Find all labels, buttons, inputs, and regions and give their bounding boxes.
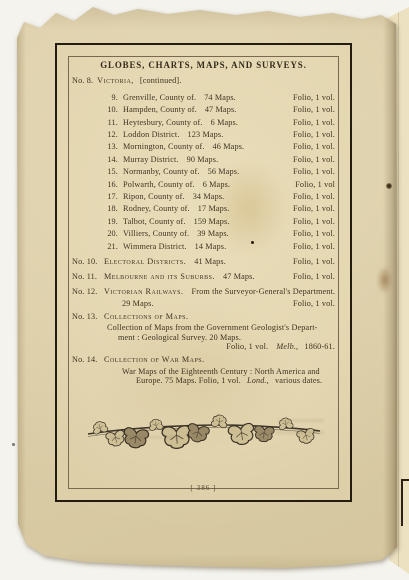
entry-no10: No. 10. Electoral Districts. 41 Maps. Fo… bbox=[72, 256, 335, 268]
entry-title: Melbourne and its Suburbs. bbox=[104, 271, 215, 283]
item-maps: 34 Maps. bbox=[193, 191, 225, 203]
item-name: Loddon District. bbox=[123, 129, 180, 141]
item-maps: 6 Maps. bbox=[203, 179, 230, 191]
item-number: 16. bbox=[96, 179, 118, 191]
ivy-branch-svg bbox=[85, 410, 323, 458]
item-number: 13. bbox=[96, 141, 118, 153]
item-maps: 56 Maps. bbox=[208, 166, 240, 178]
entry-no12-line2: 29 Maps. Folio, 1 vol. bbox=[72, 298, 335, 308]
imprint-date: various dates. bbox=[275, 376, 322, 385]
table-row: 10. Hampden, County of. 47 Maps. Folio, … bbox=[72, 104, 335, 116]
table-row: 19. Talbot, County of. 159 Maps. Folio, … bbox=[72, 216, 335, 228]
page-wrapper: GLOBES, CHARTS, MAPS, AND SURVEYS. No. 8… bbox=[0, 0, 409, 580]
item-name: Talbot, County of. bbox=[123, 216, 186, 228]
item-maps: 47 Maps. bbox=[205, 104, 237, 116]
item-number: 18. bbox=[96, 203, 118, 215]
page-number: [ 386 ] bbox=[57, 484, 350, 492]
entry-title: Collection of War Maps. bbox=[104, 354, 205, 366]
item-folio: Folio, 1 vol. bbox=[293, 154, 335, 166]
item-number: 15. bbox=[96, 166, 118, 178]
entry-label: No. 11. bbox=[72, 271, 102, 283]
item-maps: 74 Maps. bbox=[204, 92, 236, 104]
table-row: 17. Ripon, County of. 34 Maps. Folio, 1 … bbox=[72, 191, 335, 203]
ivy-branch-illustration bbox=[72, 410, 335, 462]
item-number: 17. bbox=[96, 191, 118, 203]
entry-no13-text-line1: Collection of Maps from the Government G… bbox=[72, 323, 335, 332]
item-name: Normanby, County of. bbox=[123, 166, 200, 178]
entry-label: No. 14. bbox=[72, 354, 102, 366]
table-row: 15. Normanby, County of. 56 Maps. Folio,… bbox=[72, 166, 335, 178]
entry-maps: 29 Maps. bbox=[122, 298, 154, 310]
table-row: 18. Rodney, County of. 17 Maps. Folio, 1… bbox=[72, 203, 335, 215]
paper-sheet: GLOBES, CHARTS, MAPS, AND SURVEYS. No. 8… bbox=[0, 0, 409, 580]
item-number: 12. bbox=[96, 129, 118, 141]
item-maps: 90 Maps. bbox=[187, 154, 219, 166]
item-folio: Folio, 1 vol. bbox=[293, 104, 335, 116]
item-number: 10. bbox=[96, 104, 118, 116]
page-content: GLOBES, CHARTS, MAPS, AND SURVEYS. No. 8… bbox=[58, 46, 349, 499]
table-row: 13. Mornington, County of. 46 Maps. Foli… bbox=[72, 141, 335, 153]
item-name: Murray District. bbox=[123, 154, 179, 166]
bottom-edge-shading bbox=[0, 554, 409, 572]
entry-folio: Folio, 1 vol. bbox=[293, 256, 335, 268]
entry-title: Victorian Railways. bbox=[104, 286, 184, 298]
item-maps: 14 Maps. bbox=[195, 241, 227, 253]
entry-source: From the Surveyor-General's Department. bbox=[192, 286, 336, 298]
table-row: 14. Murray District. 90 Maps. Folio, 1 v… bbox=[72, 154, 335, 166]
item-number: 20. bbox=[96, 228, 118, 240]
item-maps: 123 Maps. bbox=[188, 129, 224, 141]
entry-label: No. 10. bbox=[72, 256, 102, 268]
entry-no13-text-line2: ment : Geological Survey. 20 Maps. bbox=[72, 333, 335, 342]
entry-maps: 41 Maps. bbox=[194, 256, 226, 268]
item-number: 9. bbox=[96, 92, 118, 104]
imprint-folio: Folio, 1 vol. bbox=[226, 342, 268, 351]
item-folio: Folio, 1 vol. bbox=[293, 228, 335, 240]
entry-title: Electoral Districts. bbox=[104, 256, 186, 268]
torn-top-edge-shading bbox=[0, 4, 409, 30]
item-name: Rodney, County of. bbox=[123, 203, 190, 215]
item-folio: Folio, 1 vol. bbox=[293, 241, 335, 253]
item-name: Heytesbury, County of. bbox=[123, 117, 203, 129]
entry-note: [continued]. bbox=[140, 75, 182, 87]
table-row: 12. Loddon District. 123 Maps. Folio, 1 … bbox=[72, 129, 335, 141]
item-folio: Folio, 1 vol. bbox=[293, 129, 335, 141]
item-maps: 46 Maps. bbox=[213, 141, 245, 153]
item-name: Polwarth, County of. bbox=[123, 179, 195, 191]
entry-label: No. 12. bbox=[72, 286, 102, 298]
entry-no11: No. 11. Melbourne and its Suburbs. 47 Ma… bbox=[72, 271, 335, 283]
item-maps: 6 Maps. bbox=[211, 117, 238, 129]
item-name: Hampden, County of. bbox=[123, 104, 197, 116]
table-row: 16. Polwarth, County of. 6 Maps. Folio, … bbox=[72, 179, 335, 191]
item-folio: Folio, 1 vol. bbox=[293, 203, 335, 215]
item-name: Villiers, County of. bbox=[123, 228, 189, 240]
item-name: Grenville, County of. bbox=[123, 92, 196, 104]
entry-no14: No. 14. Collection of War Maps. bbox=[72, 354, 335, 366]
entry-label: No. 8. bbox=[72, 75, 93, 87]
entry-folio: Folio, 1 vol. bbox=[293, 298, 335, 310]
item-folio: Folio, 1 vol. bbox=[293, 141, 335, 153]
item-folio: Folio, 1 vol bbox=[295, 179, 335, 191]
item-maps: 159 Maps. bbox=[194, 216, 230, 228]
table-row: 20. Villiers, County of. 39 Maps. Folio,… bbox=[72, 228, 335, 240]
gutter-crease-shading bbox=[383, 0, 397, 580]
item-folio: Folio, 1 vol. bbox=[293, 166, 335, 178]
entry-maps: 47 Maps. bbox=[223, 271, 255, 283]
entry-title: Victoria, bbox=[97, 75, 134, 87]
entry-no12: No. 12. Victorian Railways. From the Sur… bbox=[72, 286, 335, 298]
entry-no14-text-line2: Europe. 75 Maps. Folio, 1 vol. Lond., va… bbox=[72, 376, 335, 385]
left-edge-shading bbox=[16, 0, 26, 580]
item-maps: 39 Maps. bbox=[197, 228, 229, 240]
imprint-place: Melb., bbox=[276, 342, 298, 351]
entry-title: Collections of Maps. bbox=[104, 311, 189, 323]
item-list: 9. Grenville, County of. 74 Maps. Folio,… bbox=[72, 92, 335, 253]
entry-no14-text-line1: War Maps of the Eighteenth Century : Nor… bbox=[72, 367, 335, 376]
table-row: 11. Heytesbury, County of. 6 Maps. Folio… bbox=[72, 117, 335, 129]
scanned-book-page: GLOBES, CHARTS, MAPS, AND SURVEYS. No. 8… bbox=[0, 0, 409, 580]
printed-frame: GLOBES, CHARTS, MAPS, AND SURVEYS. No. 8… bbox=[55, 43, 352, 502]
item-name: Wimmera District. bbox=[123, 241, 187, 253]
entry-no13-imprint: Folio, 1 vol. Melb., 1860-61. bbox=[72, 342, 335, 351]
item-name: Ripon, County of. bbox=[123, 191, 185, 203]
entry-text: Europe. 75 Maps. Folio, 1 vol. bbox=[136, 376, 241, 385]
item-folio: Folio, 1 vol. bbox=[293, 92, 335, 104]
section-header: GLOBES, CHARTS, MAPS, AND SURVEYS. bbox=[72, 59, 335, 71]
item-folio: Folio, 1 vol. bbox=[293, 216, 335, 228]
imprint-date: 1860-61. bbox=[304, 342, 335, 351]
entry-no8: No. 8. Victoria, [continued]. bbox=[72, 75, 335, 87]
item-number: 21. bbox=[96, 241, 118, 253]
item-number: 11. bbox=[96, 117, 118, 129]
entry-no13: No. 13. Collections of Maps. bbox=[72, 311, 335, 323]
item-name: Mornington, County of. bbox=[123, 141, 205, 153]
item-number: 14. bbox=[96, 154, 118, 166]
item-maps: 17 Maps. bbox=[198, 203, 230, 215]
imprint-place: Lond., bbox=[247, 376, 269, 385]
table-row: 9. Grenville, County of. 74 Maps. Folio,… bbox=[72, 92, 335, 104]
item-folio: Folio, 1 vol. bbox=[293, 117, 335, 129]
item-folio: Folio, 1 vol. bbox=[293, 191, 335, 203]
entry-folio: Folio, 1 vol. bbox=[293, 271, 335, 283]
entry-label: No. 13. bbox=[72, 311, 102, 323]
table-row: 21. Wimmera District. 14 Maps. Folio, 1 … bbox=[72, 241, 335, 253]
item-number: 19. bbox=[96, 216, 118, 228]
